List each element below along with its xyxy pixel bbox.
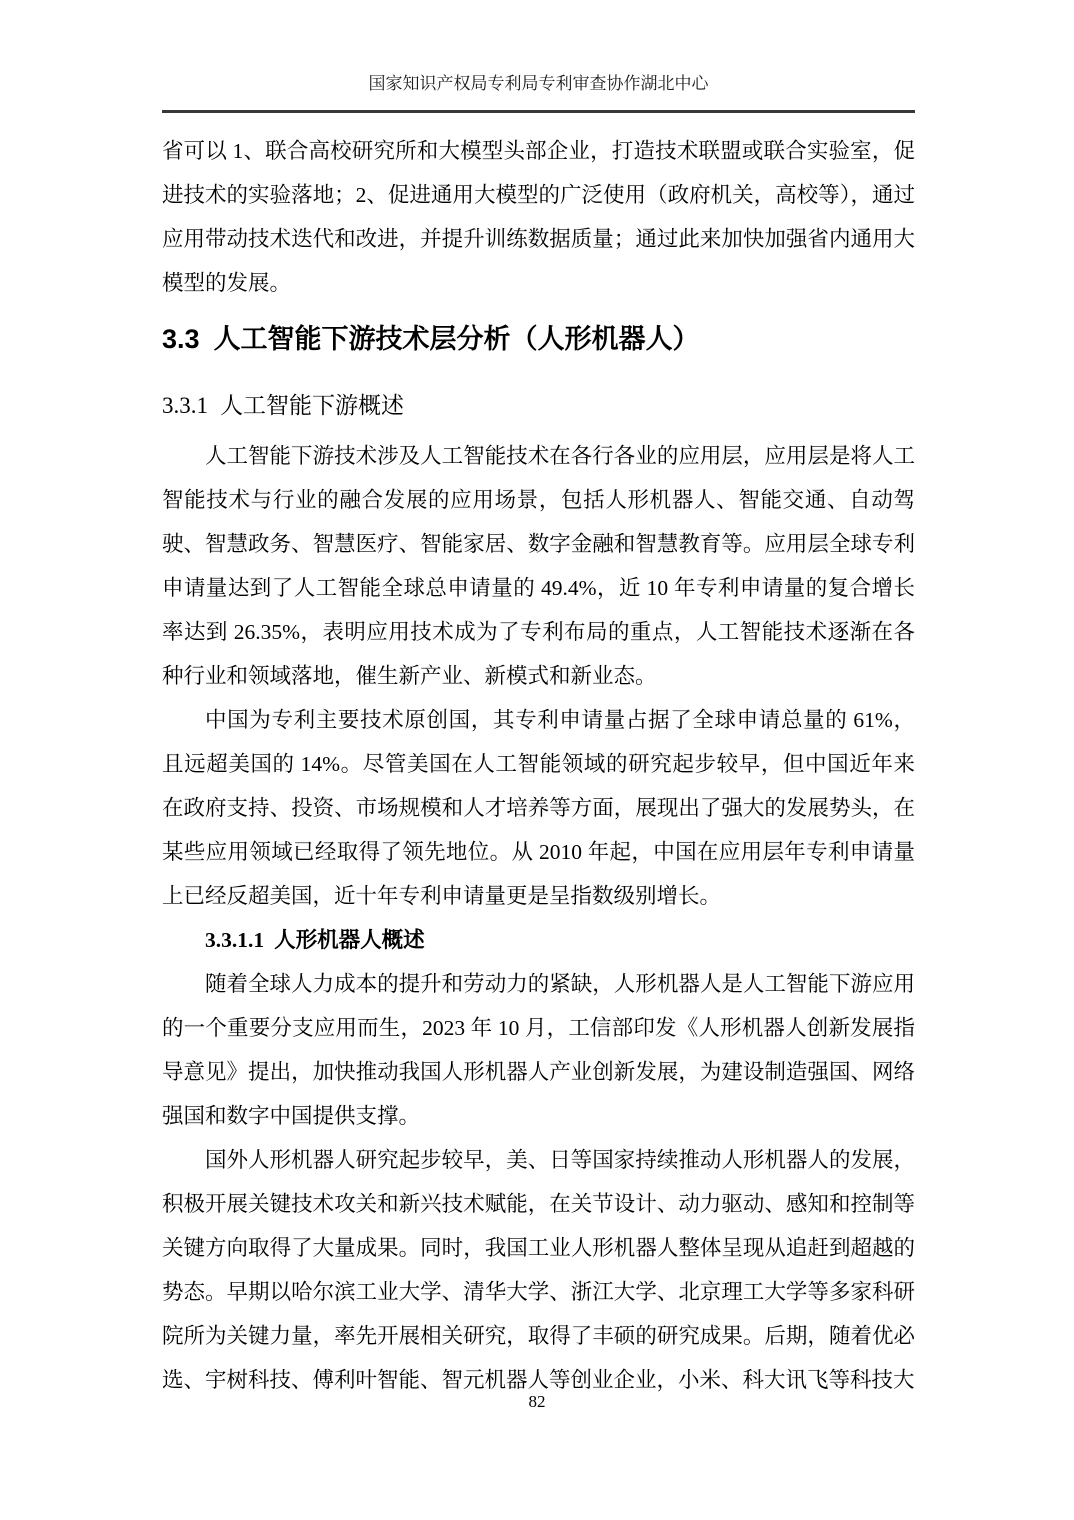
subsection-heading-3-3-1: 3.3.1人工智能下游概述 <box>162 389 915 422</box>
paragraph-humanoid-robot-development: 国外人形机器人研究起步较早，美、日等国家持续推动人形机器人的发展，积极开展关键技… <box>162 1138 915 1402</box>
paragraph-humanoid-robot-intro: 随着全球人力成本的提升和劳动力的紧缺，人形机器人是人工智能下游应用的一个重要分支… <box>162 962 915 1138</box>
subsubsection-number: 3.3.1.1 <box>205 928 264 952</box>
paragraph-china-patent-share: 中国为专利主要技术原创国，其专利申请量占据了全球申请总量的 61%，且远超美国的… <box>162 698 915 918</box>
page-footer: 82 <box>0 1392 1074 1412</box>
paragraph-continuation: 省可以 1、联合高校研究所和大模型头部企业，打造技术联盟或联合实验室，促进技术的… <box>162 129 915 305</box>
subsection-number: 3.3.1 <box>162 393 208 418</box>
subsubsection-title: 人形机器人概述 <box>274 928 425 952</box>
section-heading-3-3: 3.3人工智能下游技术层分析（人形机器人） <box>162 319 915 359</box>
page-header: 国家知识产权局专利局专利审查协作湖北中心 <box>162 0 915 113</box>
section-number: 3.3 <box>162 324 200 354</box>
header-divider <box>162 110 915 113</box>
subsubsection-heading-3-3-1-1: 3.3.1.1人形机器人概述 <box>162 918 915 962</box>
document-page: 国家知识产权局专利局专利审查协作湖北中心 省可以 1、联合高校研究所和大模型头部… <box>0 0 1074 1520</box>
paragraph-ai-downstream-overview: 人工智能下游技术涉及人工智能技术在各行各业的应用层，应用层是将人工智能技术与行业… <box>162 434 915 698</box>
subsection-title: 人工智能下游概述 <box>220 392 404 418</box>
header-title: 国家知识产权局专利局专利审查协作湖北中心 <box>162 0 915 94</box>
section-title: 人工智能下游技术层分析（人形机器人） <box>214 324 700 354</box>
page-number: 82 <box>529 1392 546 1411</box>
document-body: 省可以 1、联合高校研究所和大模型头部企业，打造技术联盟或联合实验室，促进技术的… <box>162 129 915 1402</box>
